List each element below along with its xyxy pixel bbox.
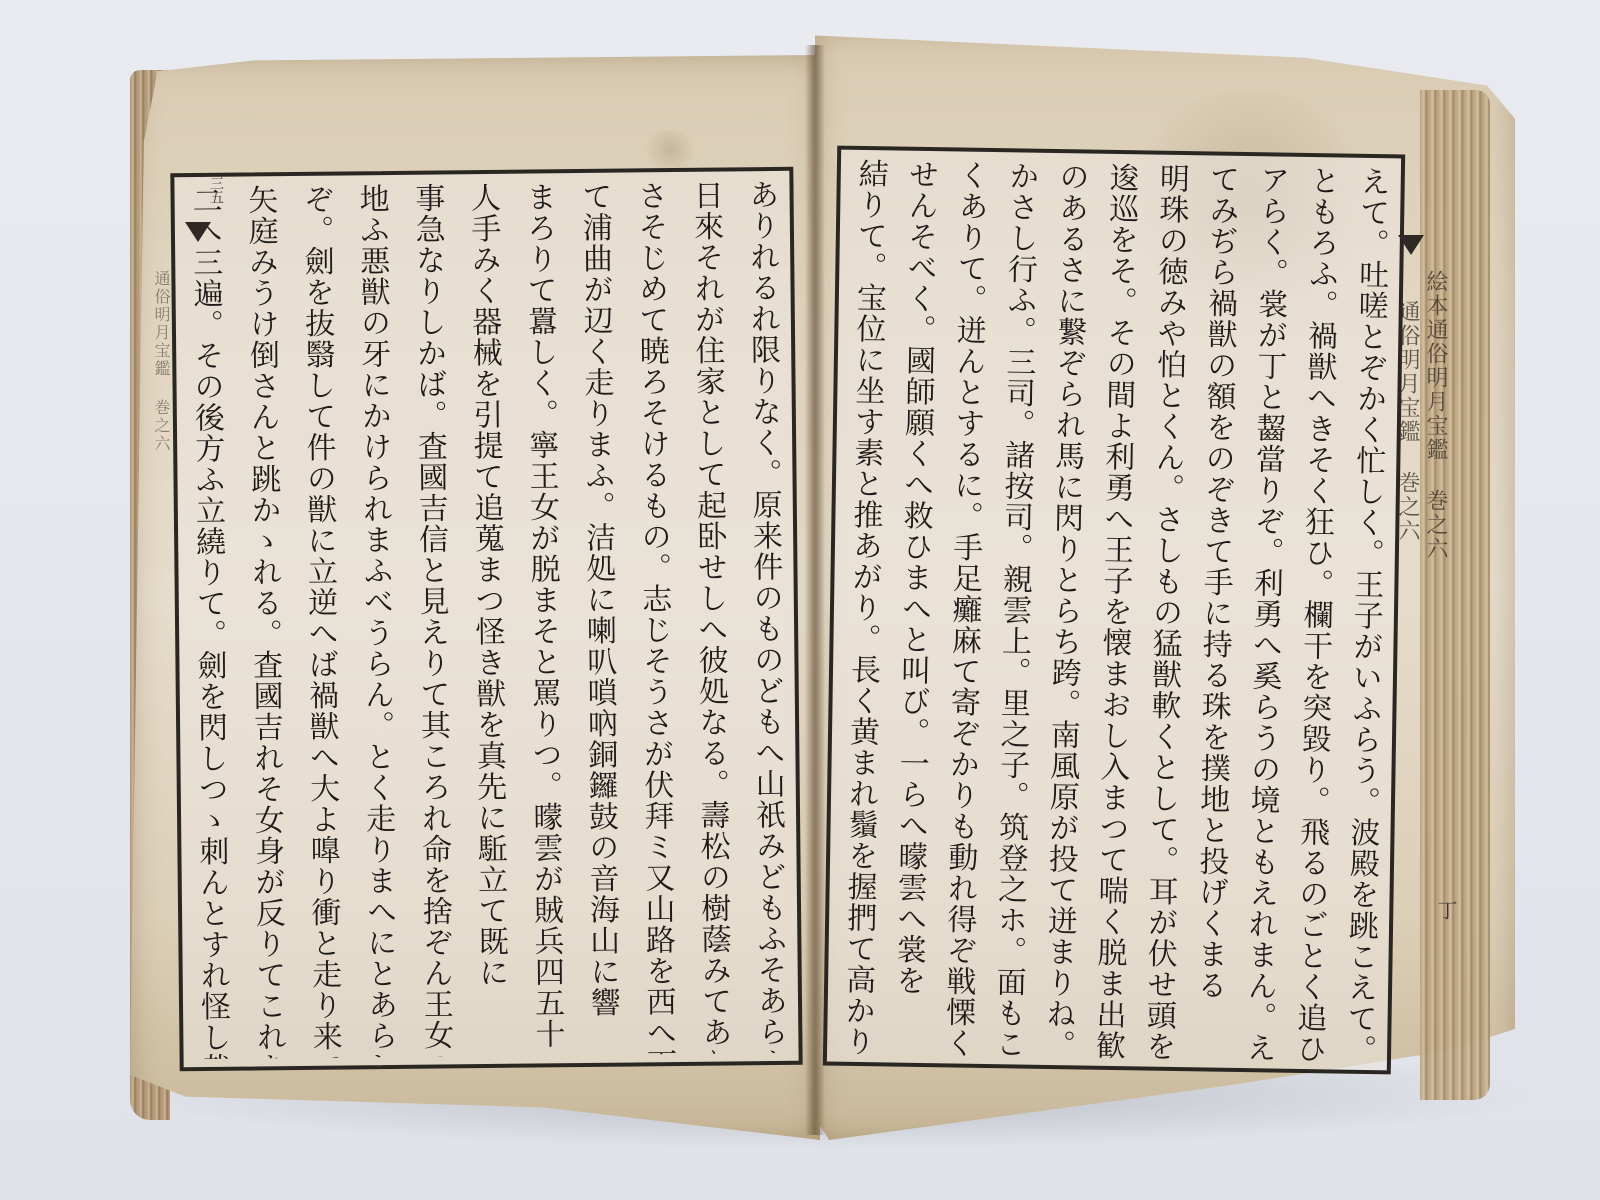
ink-smudge xyxy=(640,130,700,170)
margin-title-right: 通俗明月宝鑑 巻之六 xyxy=(1392,300,1423,543)
text-column: 逡巡をそ。その間よ利勇へ王子を懐まおし入まつて喘く脱ま出歓會門 xyxy=(1086,162,1142,1059)
right-page-edges xyxy=(1420,90,1490,1100)
text-column: まろりて囂しく。寧王女が脱まそと罵りつ。曚雲が賊兵四五十 xyxy=(517,181,568,1055)
text-column: 人手みく器械を引提て追蒐まつ怪き獣を真先に駈立て既に xyxy=(461,182,512,1056)
text-column: くありて。迸んとするに。手足癱麻て寄ぞかりも動れ得ぞ戦慄く xyxy=(935,159,991,1056)
text-column: ともろふ。禍獣へきそく狂ひ。欄干を突毀り。飛るのごとく追ひ逼 xyxy=(1287,165,1343,1062)
text-column: アらく。裳が丁と齧當りぞ。利勇へ奚らうの境ともえれまん。え xyxy=(1236,164,1292,1061)
page-number-right: 丁 xyxy=(1432,900,1461,920)
text-column: ありれるれ限りなく。原来件のものどもへ山祇みどもふそあらんぞらんこの xyxy=(739,179,790,1053)
text-column: 明珠の徳みや怕とくん。さしもの猛獣軟くとして。耳が伏せ頭を低つ xyxy=(1136,163,1192,1060)
text-column: えて。吐嗟とぞかく忙しく。王子がいふらう。波殿を跳こえて。辛じ xyxy=(1337,166,1393,1063)
text-column: 結りて。宝位に坐す素と推あがり。長く黄まれ鬚を握捫て高かり xyxy=(835,158,891,1055)
right-text-columns: えて。吐嗟とぞかく忙しく。王子がいふらう。波殿を跳こえて。辛じ ともろふ。禍獣へ… xyxy=(835,158,1393,1062)
book-gutter xyxy=(805,45,825,1135)
text-column: 地ふ悪獣の牙にかけられまふべうらん。とく走りまへにとあらしも泉 xyxy=(349,183,400,1057)
text-column: 二へ三遍。その後方ふ立繞りて。劍を閃しつゝ刺んとすれ怪し哉。 xyxy=(182,185,233,1059)
text-column: 矢庭みうけ倒さんと跳かゝれる。査國吉れそ女身が反りてこれを避 xyxy=(238,184,289,1058)
text-column: ぞ。劍を抜翳して件の獣に立逆へば禍獣へ大よ嘷り衝と走り来て。 xyxy=(294,184,345,1058)
text-column: て浦曲が辺く走りまふ。洁処に喇叭嗩吶銅鑼鼓の音海山に響 xyxy=(572,181,623,1055)
text-column: せんそべく。國師願くへ救ひまへと叫び。一らへ曚雲へ裳を xyxy=(885,159,941,1056)
left-text-columns: ありれるれ限りなく。原来件のものどもへ山祇みどもふそあらんぞらんこの 日來それが… xyxy=(182,179,790,1059)
text-column: 事急なりしかば。査國吉信と見えりて其ころれ命を捨ぞん王女の立 xyxy=(405,182,456,1056)
text-column: 日來それが住家として起卧せしへ彼処なる。壽松の樹蔭みてありけり xyxy=(684,179,735,1053)
text-column: てみぢら禍獣の額をのぞきて手に持る珠を撲地と投げくまる xyxy=(1186,163,1242,1060)
margin-title-left: 通俗明月宝鑑 巻之六 xyxy=(150,270,173,453)
right-text-frame: えて。吐嗟とぞかく忙しく。王子がいふらう。波殿を跳こえて。辛じ ともろふ。禍獣へ… xyxy=(823,146,1405,1075)
text-column: のあるさに繋ぞられ馬に閃りとらち跨。南風原が投て迸まりね。 xyxy=(1036,161,1092,1058)
margin-title-right-under: 絵本通俗明月宝鑑 巻之六 xyxy=(1420,270,1451,561)
text-column: かさし行ふ。三司。諸按司。親雲上。里之子。筑登之ホ。面もこの土の如 xyxy=(986,160,1042,1057)
page-number-left: 三五 xyxy=(206,176,226,204)
left-text-frame: ありれるれ限りなく。原来件のものどもへ山祇みどもふそあらんぞらんこの 日來それが… xyxy=(170,167,802,1071)
text-column: さそじめて暁ろそけるもの。志じそうさが伏拜ミ又山路を西へ下り xyxy=(628,180,679,1054)
